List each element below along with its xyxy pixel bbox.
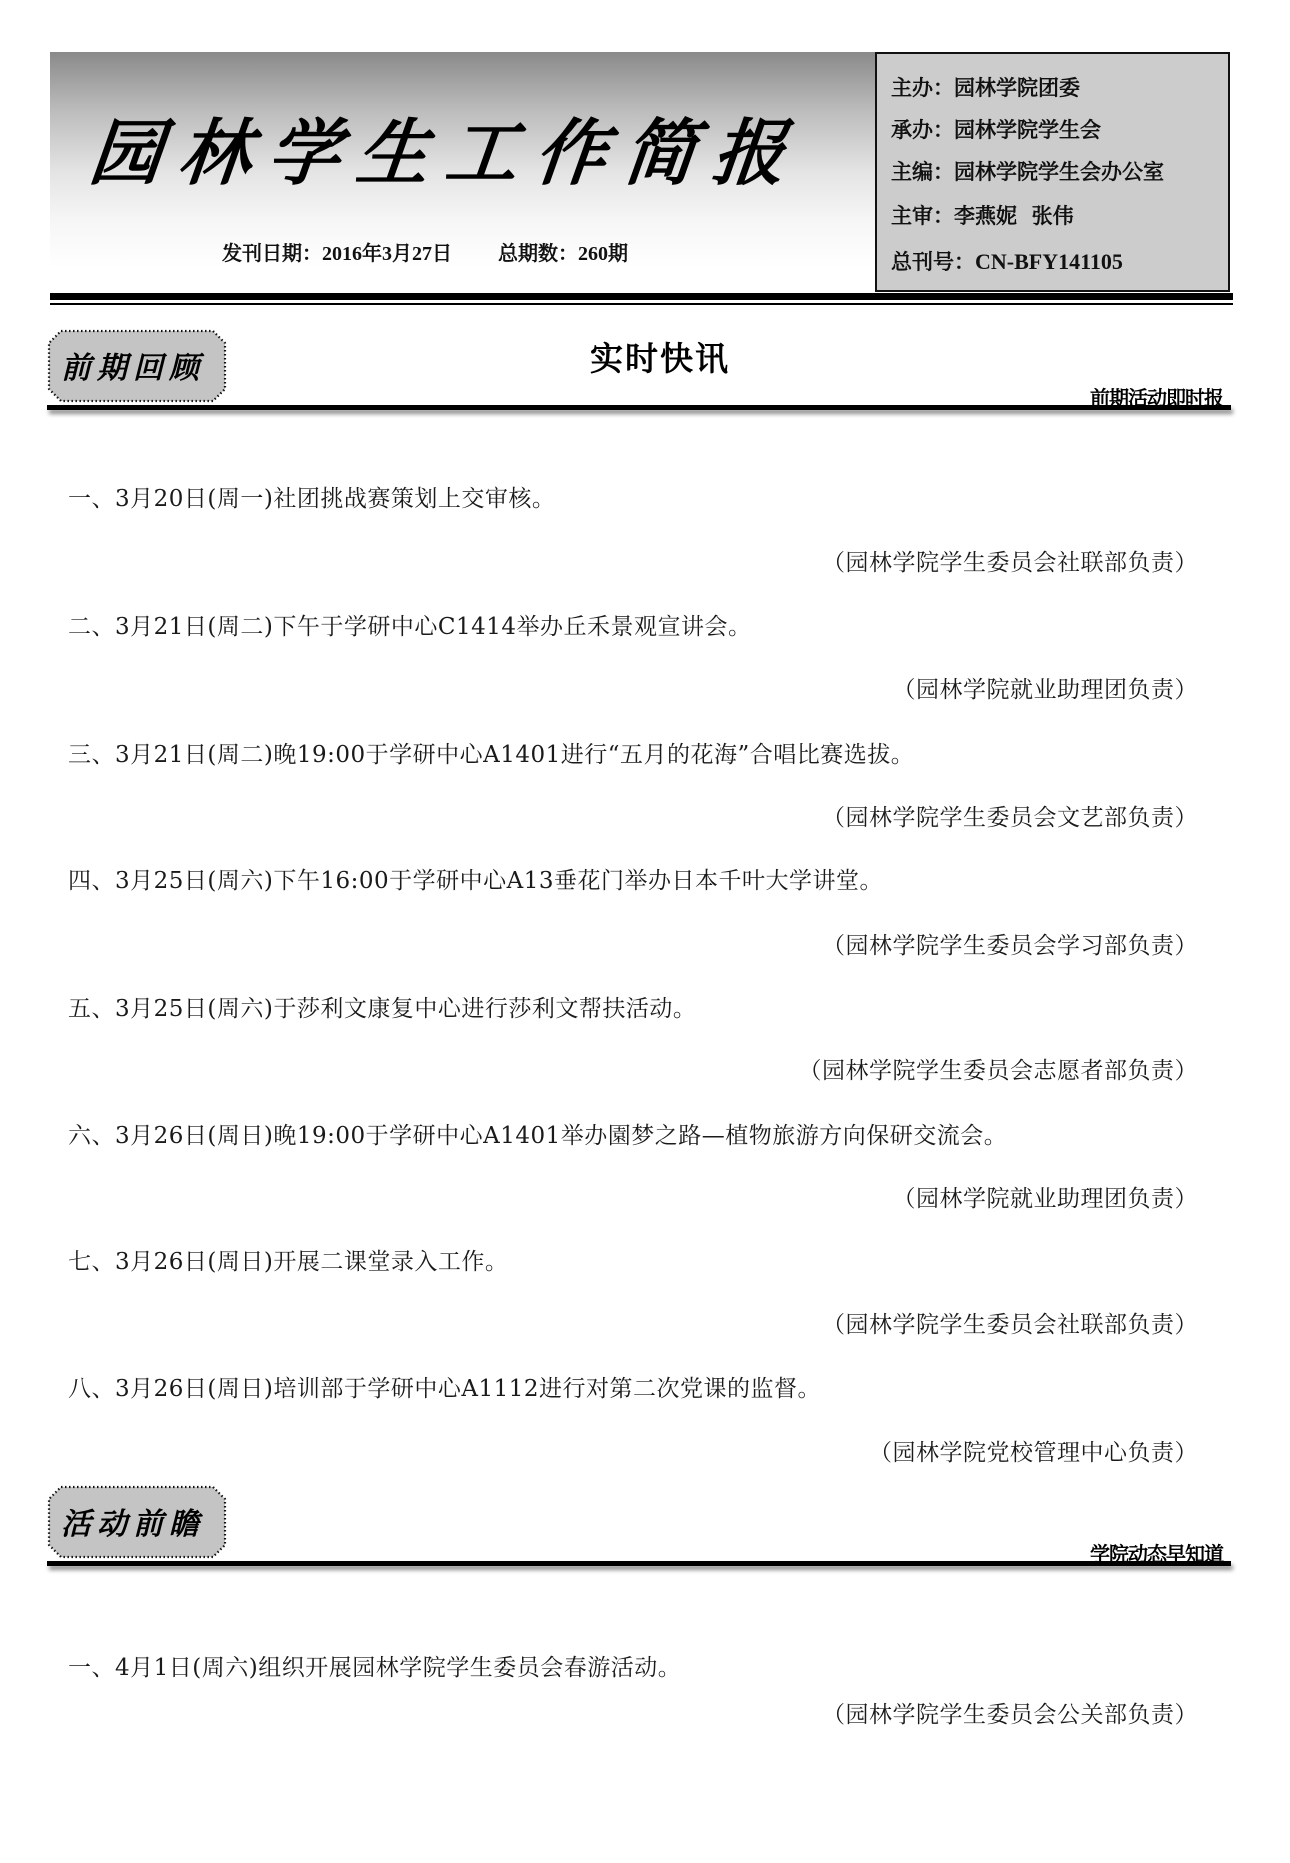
list-item: 八、3月26日(周日)培训部于学研中心A1112进行对第二次党课的监督。 xyxy=(68,1370,821,1403)
info-undertaker: 承办：园林学院学生会 xyxy=(891,114,1101,144)
info-label: 总刊号： xyxy=(891,250,975,274)
list-item: 七、3月26日(周日)开展二课堂录入工作。 xyxy=(68,1243,508,1276)
info-reviewer: 主审：李燕妮 张伟 xyxy=(891,200,1074,230)
section-rule xyxy=(47,1561,1231,1566)
list-item-responsible: （园林学院学生委员会公关部负责） xyxy=(822,1696,1198,1729)
publish-date-value: 2016年3月27日 xyxy=(322,243,452,265)
newsletter-title: 园林学生工作简报 xyxy=(85,108,864,198)
list-item-responsible: （园林学院就业助理团负责） xyxy=(893,671,1199,704)
info-organizer: 主办：园林学院团委 xyxy=(891,72,1080,102)
info-value: 园林学院学生会办公室 xyxy=(954,160,1164,184)
list-item-responsible: （园林学院学生委员会学习部负责） xyxy=(822,927,1198,960)
list-item-responsible: （园林学院学生委员会社联部负责） xyxy=(822,544,1198,577)
section-rule xyxy=(47,405,1231,410)
section-badge-label: 前期回顾 xyxy=(61,343,221,387)
list-item: 二、3月21日(周二)下午于学研中心C1414举办丘禾景观宣讲会。 xyxy=(68,608,751,641)
issue-count-value: 260期 xyxy=(578,243,628,265)
issue-meta: 发刊日期：2016年3月27日总期数：260期 xyxy=(222,237,628,266)
info-value: 园林学院学生会 xyxy=(954,118,1101,142)
section-center-title: 实时快讯 xyxy=(560,333,760,380)
list-item: 五、3月25日(周六)于莎利文康复中心进行莎利文帮扶活动。 xyxy=(68,990,696,1023)
masthead: 园林学生工作简报 发刊日期：2016年3月27日总期数：260期 主办：园林学院… xyxy=(50,52,1233,305)
masthead-title-panel: 园林学生工作简报 发刊日期：2016年3月27日总期数：260期 xyxy=(50,52,875,292)
issue-count-label: 总期数： xyxy=(498,243,578,265)
list-item: 六、3月26日(周日)晚19:00于学研中心A1401举办園梦之路—植物旅游方向… xyxy=(68,1117,1007,1150)
section-badge: 活动前瞻 xyxy=(47,1485,227,1557)
list-item-responsible: （园林学院学生委员会志愿者部负责） xyxy=(799,1052,1199,1085)
list-item: 三、3月21日(周二)晚19:00于学研中心A1401进行“五月的花海”合唱比赛… xyxy=(68,736,914,769)
list-item: 一、3月20日(周一)社团挑战赛策划上交审核。 xyxy=(68,480,555,513)
section-badge: 前期回顾 xyxy=(47,329,227,401)
info-value: 园林学院团委 xyxy=(954,76,1080,100)
publisher-info-box: 主办：园林学院团委 承办：园林学院学生会 主编：园林学院学生会办公室 主审：李燕… xyxy=(875,52,1230,292)
info-label: 主办： xyxy=(891,76,954,100)
info-label: 主审： xyxy=(891,204,954,228)
info-label: 承办： xyxy=(891,118,954,142)
section-header-preview: 活动前瞻 学院动态早知道 xyxy=(47,1485,1237,1569)
section-badge-label: 活动前瞻 xyxy=(61,1499,221,1543)
info-editor: 主编：园林学院学生会办公室 xyxy=(891,156,1164,186)
list-item-responsible: （园林学院就业助理团负责） xyxy=(893,1180,1199,1213)
list-item-responsible: （园林学院党校管理中心负责） xyxy=(869,1434,1198,1467)
info-value: 李燕妮 张伟 xyxy=(954,204,1074,228)
list-item: 一、4月1日(周六)组织开展园林学院学生委员会春游活动。 xyxy=(68,1649,681,1682)
info-label: 主编： xyxy=(891,160,954,184)
info-serial-number: 总刊号：CN-BFY141105 xyxy=(891,246,1123,276)
info-value: CN-BFY141105 xyxy=(975,249,1123,274)
list-item: 四、3月25日(周六)下午16:00于学研中心A13垂花门举办日本千叶大学讲堂。 xyxy=(68,862,883,895)
masthead-rule-thick xyxy=(50,293,1233,300)
masthead-rule-thin xyxy=(50,303,1233,305)
section-header-review: 前期回顾 实时快讯 前期活动即时报 xyxy=(47,329,1237,413)
list-item-responsible: （园林学院学生委员会社联部负责） xyxy=(822,1306,1198,1339)
list-item-responsible: （园林学院学生委员会文艺部负责） xyxy=(822,799,1198,832)
publish-date-label: 发刊日期： xyxy=(222,243,322,265)
